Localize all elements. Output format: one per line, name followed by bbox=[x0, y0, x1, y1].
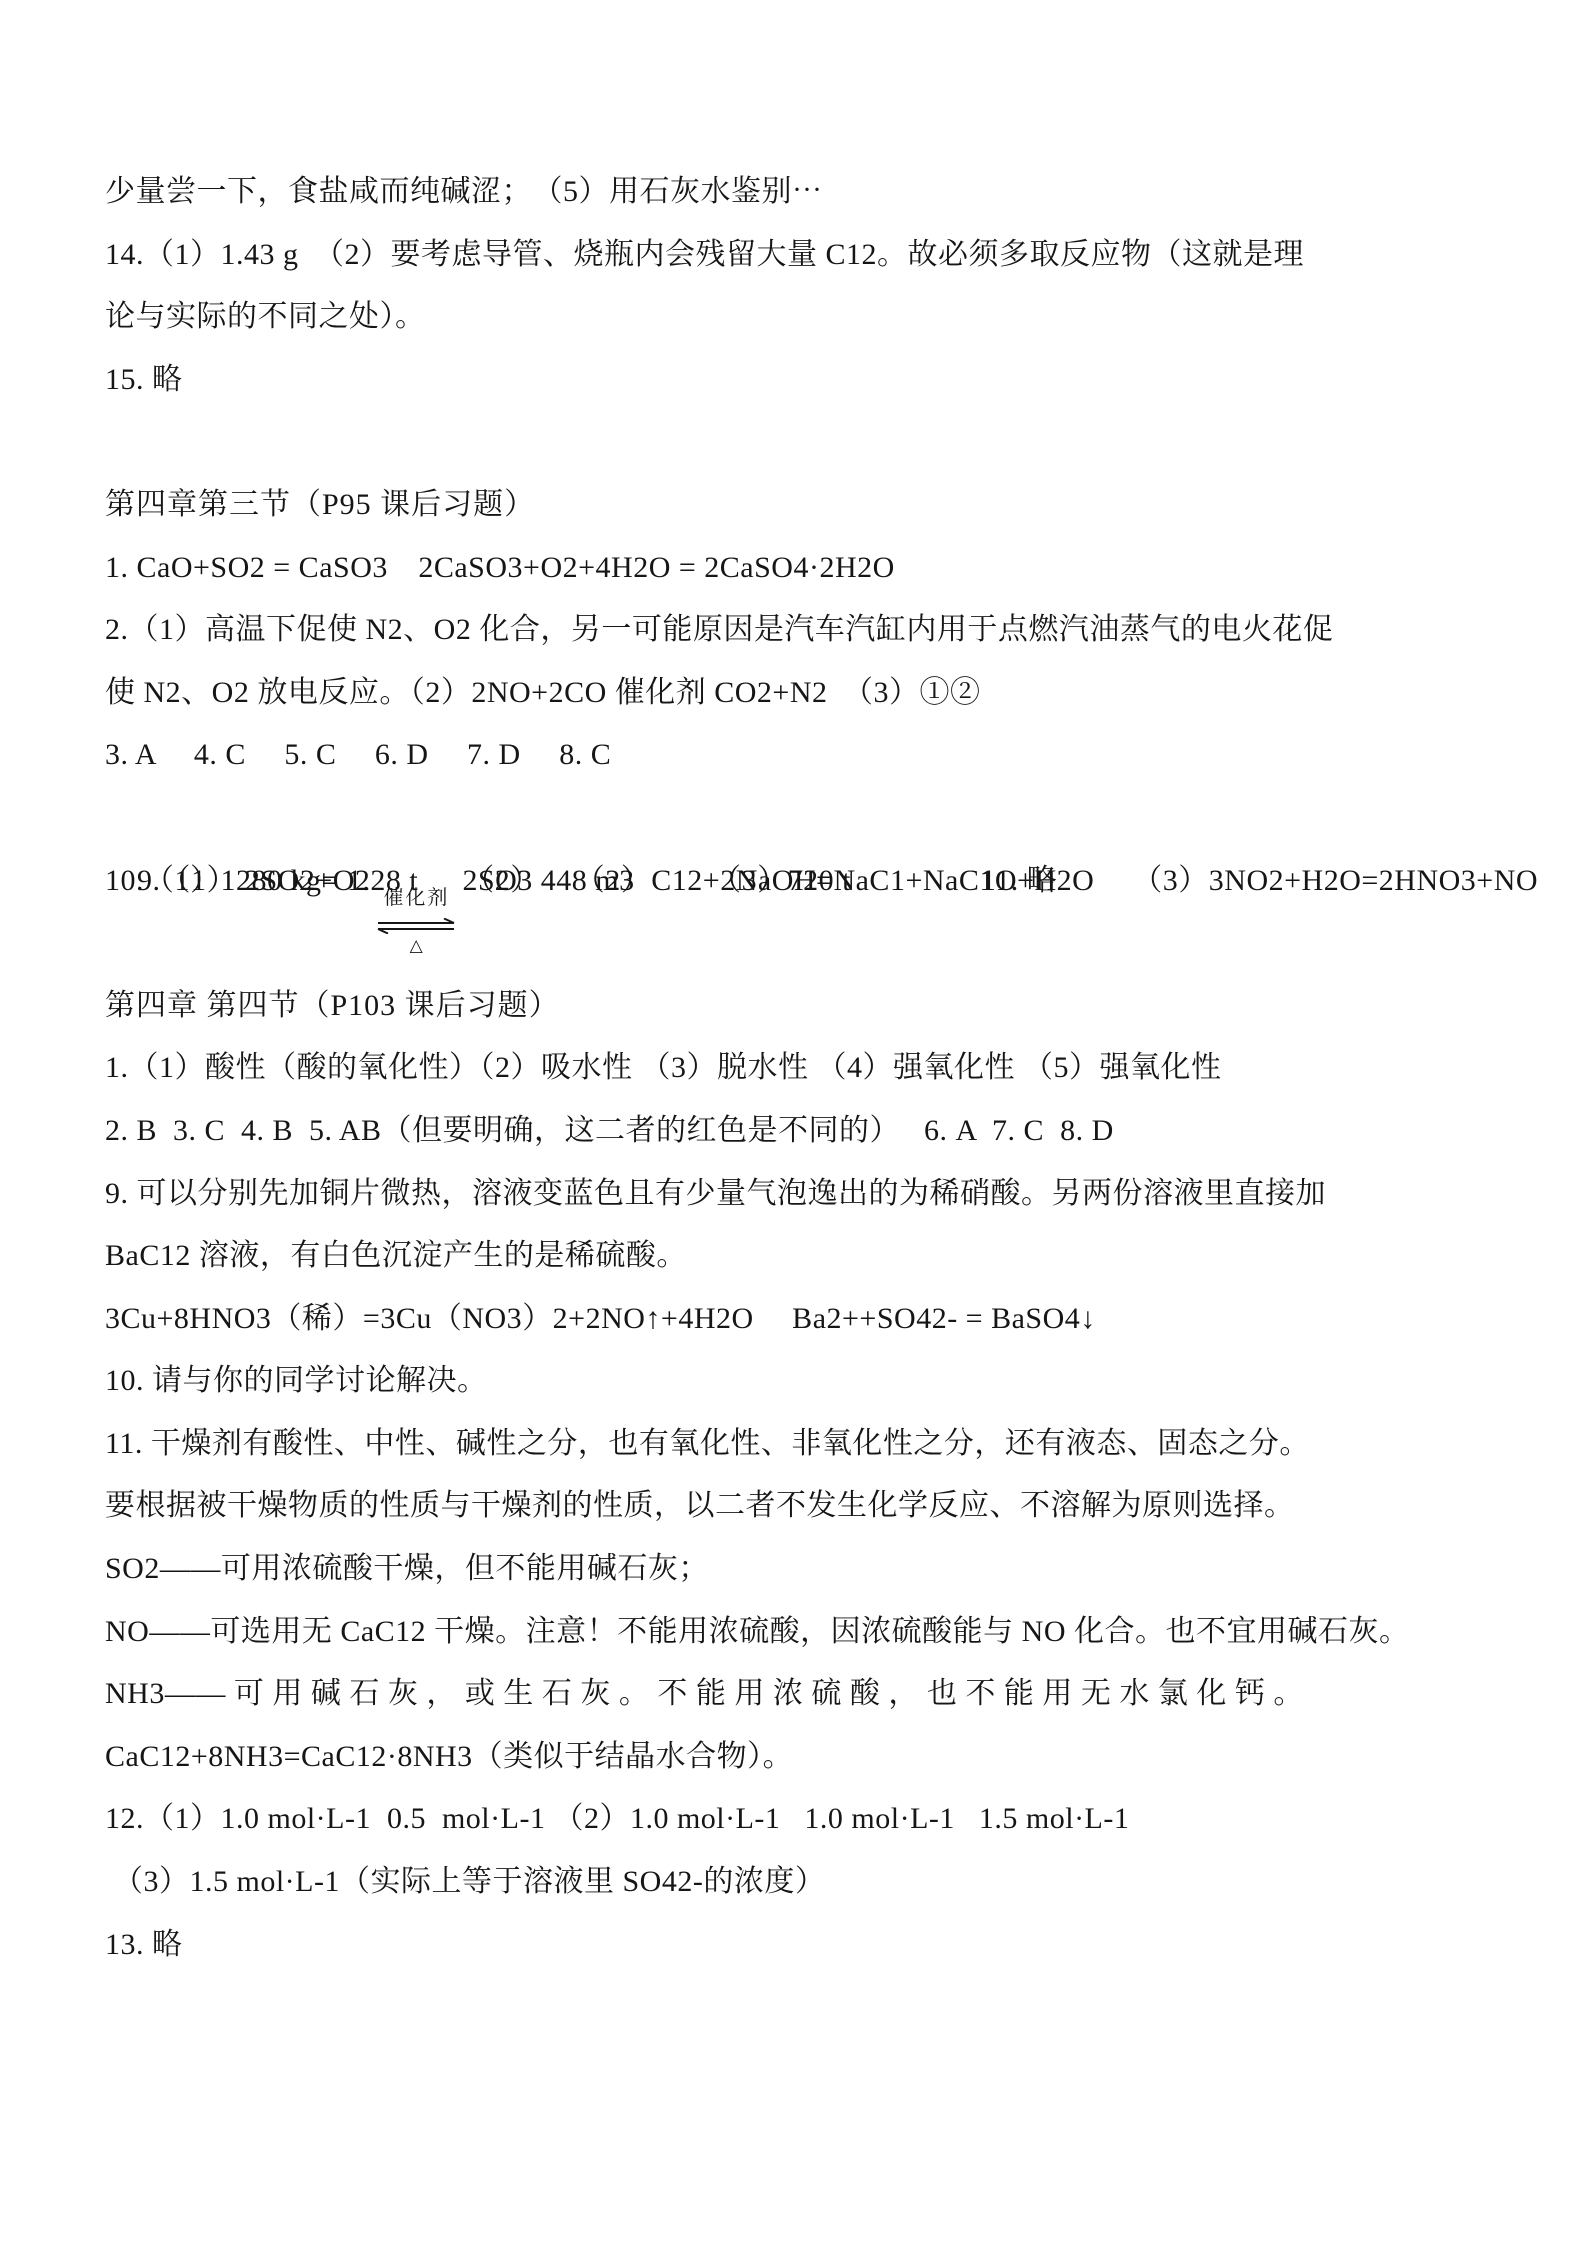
answer-line-s4-q11-cacl2: CaC12+8NH3=CaC12·8NH3（类似于结晶水合物）。 bbox=[105, 1726, 1487, 1789]
answer-line-s4-q9: 9. 可以分别先加铜片微热，溶液变蓝色且有少量气泡逸出的为稀硝酸。另两份溶液里直… bbox=[105, 1163, 1487, 1226]
section-heading-p95: 第四章第三节（P95 课后习题） bbox=[105, 474, 1487, 537]
blank-line bbox=[105, 411, 1487, 474]
answer-line-15: 15. 略 bbox=[105, 349, 1487, 412]
answer-line-14: 14.（1）1.43 g （2）要考虑导管、烧瓶内会残留大量 C12。故必须多取… bbox=[105, 224, 1487, 287]
answer-line-q1: 1. CaO+SO2 = CaSO3 2CaSO3+O2+4H2O = 2CaS… bbox=[105, 537, 1487, 600]
answer-line-s4-q9-equation: 3Cu+8HNO3（稀）=3Cu（NO3）2+2NO↑+4H2O Ba2++SO… bbox=[105, 1288, 1487, 1351]
answer-line-s4-q1: 1.（1）酸性（酸的氧化性）（2）吸水性 （3）脱水性 （4）强氧化性 （5）强… bbox=[105, 1037, 1487, 1100]
answer-line-s4-q11-so2: SO2——可用浓硫酸干燥，但不能用碱石灰； bbox=[105, 1538, 1487, 1601]
section-heading-p103: 第四章 第四节（P103 课后习题） bbox=[105, 975, 1487, 1038]
answer-line-s4-q12-continued: （3）1.5 mol·L-1（实际上等于溶液里 SO42-的浓度） bbox=[105, 1851, 1487, 1914]
answer-line-s4-q9-continued: BaC12 溶液，有白色沉淀产生的是稀硫酸。 bbox=[105, 1225, 1487, 1288]
answer-line-s4-q13: 13. 略 bbox=[105, 1914, 1487, 1977]
answer-line-s4-q11-continued-1: 要根据被干燥物质的性质与干燥剂的性质，以二者不发生化学反应、不溶解为原则选择。 bbox=[105, 1475, 1487, 1538]
document-page: 少量尝一下，食盐咸而纯碱涩； （5）用石灰水鉴别⋯ 14.（1）1.43 g （… bbox=[0, 0, 1587, 1976]
answer-line-q2-continued: 使 N2、O2 放电反应。（2）2NO+2CO 催化剂 CO2+N2 （3）①② bbox=[105, 662, 1487, 725]
answer-line-q2: 2.（1）高温下促使 N2、O2 化合，另一可能原因是汽车汽缸内用于点燃汽油蒸气… bbox=[105, 599, 1487, 662]
answer-line-q9-equations: 9.（1） 2SO2+O2催化剂△2SO3（2）C12+2NaOH=NaC1+N… bbox=[105, 787, 1487, 850]
delta-heat-symbol: △ bbox=[410, 937, 424, 954]
answer-line-s4-q11-nh3: NH3—— 可 用 碱 石 灰 ， 或 生 石 灰 。 不 能 用 浓 硫 酸 … bbox=[105, 1663, 1487, 1726]
answer-line-s4-q11: 11. 干燥剂有酸性、中性、碱性之分，也有氧化性、非氧化性之分，还有液态、固态之… bbox=[105, 1413, 1487, 1476]
answer-line-s4-q2-q8: 2. B 3. C 4. B 5. AB（但要明确，这二者的红色是不同的） 6.… bbox=[105, 1100, 1487, 1163]
answer-line-q3-q8: 3. A 4. C 5. C 6. D 7. D 8. C bbox=[105, 724, 1487, 787]
answer-line-14-continued: 论与实际的不同之处）。 bbox=[105, 286, 1487, 349]
answer-line-s4-q12: 12.（1）1.0 mol·L-1 0.5 mol·L-1 （2）1.0 mol… bbox=[105, 1788, 1487, 1851]
answer-line-s4-q11-no: NO——可选用无 CaC12 干燥。注意！不能用浓硫酸，因浓硫酸能与 NO 化合… bbox=[105, 1601, 1487, 1664]
blank-line bbox=[105, 912, 1487, 975]
answer-line-13-tail: 少量尝一下，食盐咸而纯碱涩； （5）用石灰水鉴别⋯ bbox=[105, 161, 1487, 224]
answer-line-s4-q10: 10. 请与你的同学讨论解决。 bbox=[105, 1350, 1487, 1413]
equation-part3: （3）3NO2+H2O=2HNO3+NO bbox=[1132, 864, 1538, 897]
